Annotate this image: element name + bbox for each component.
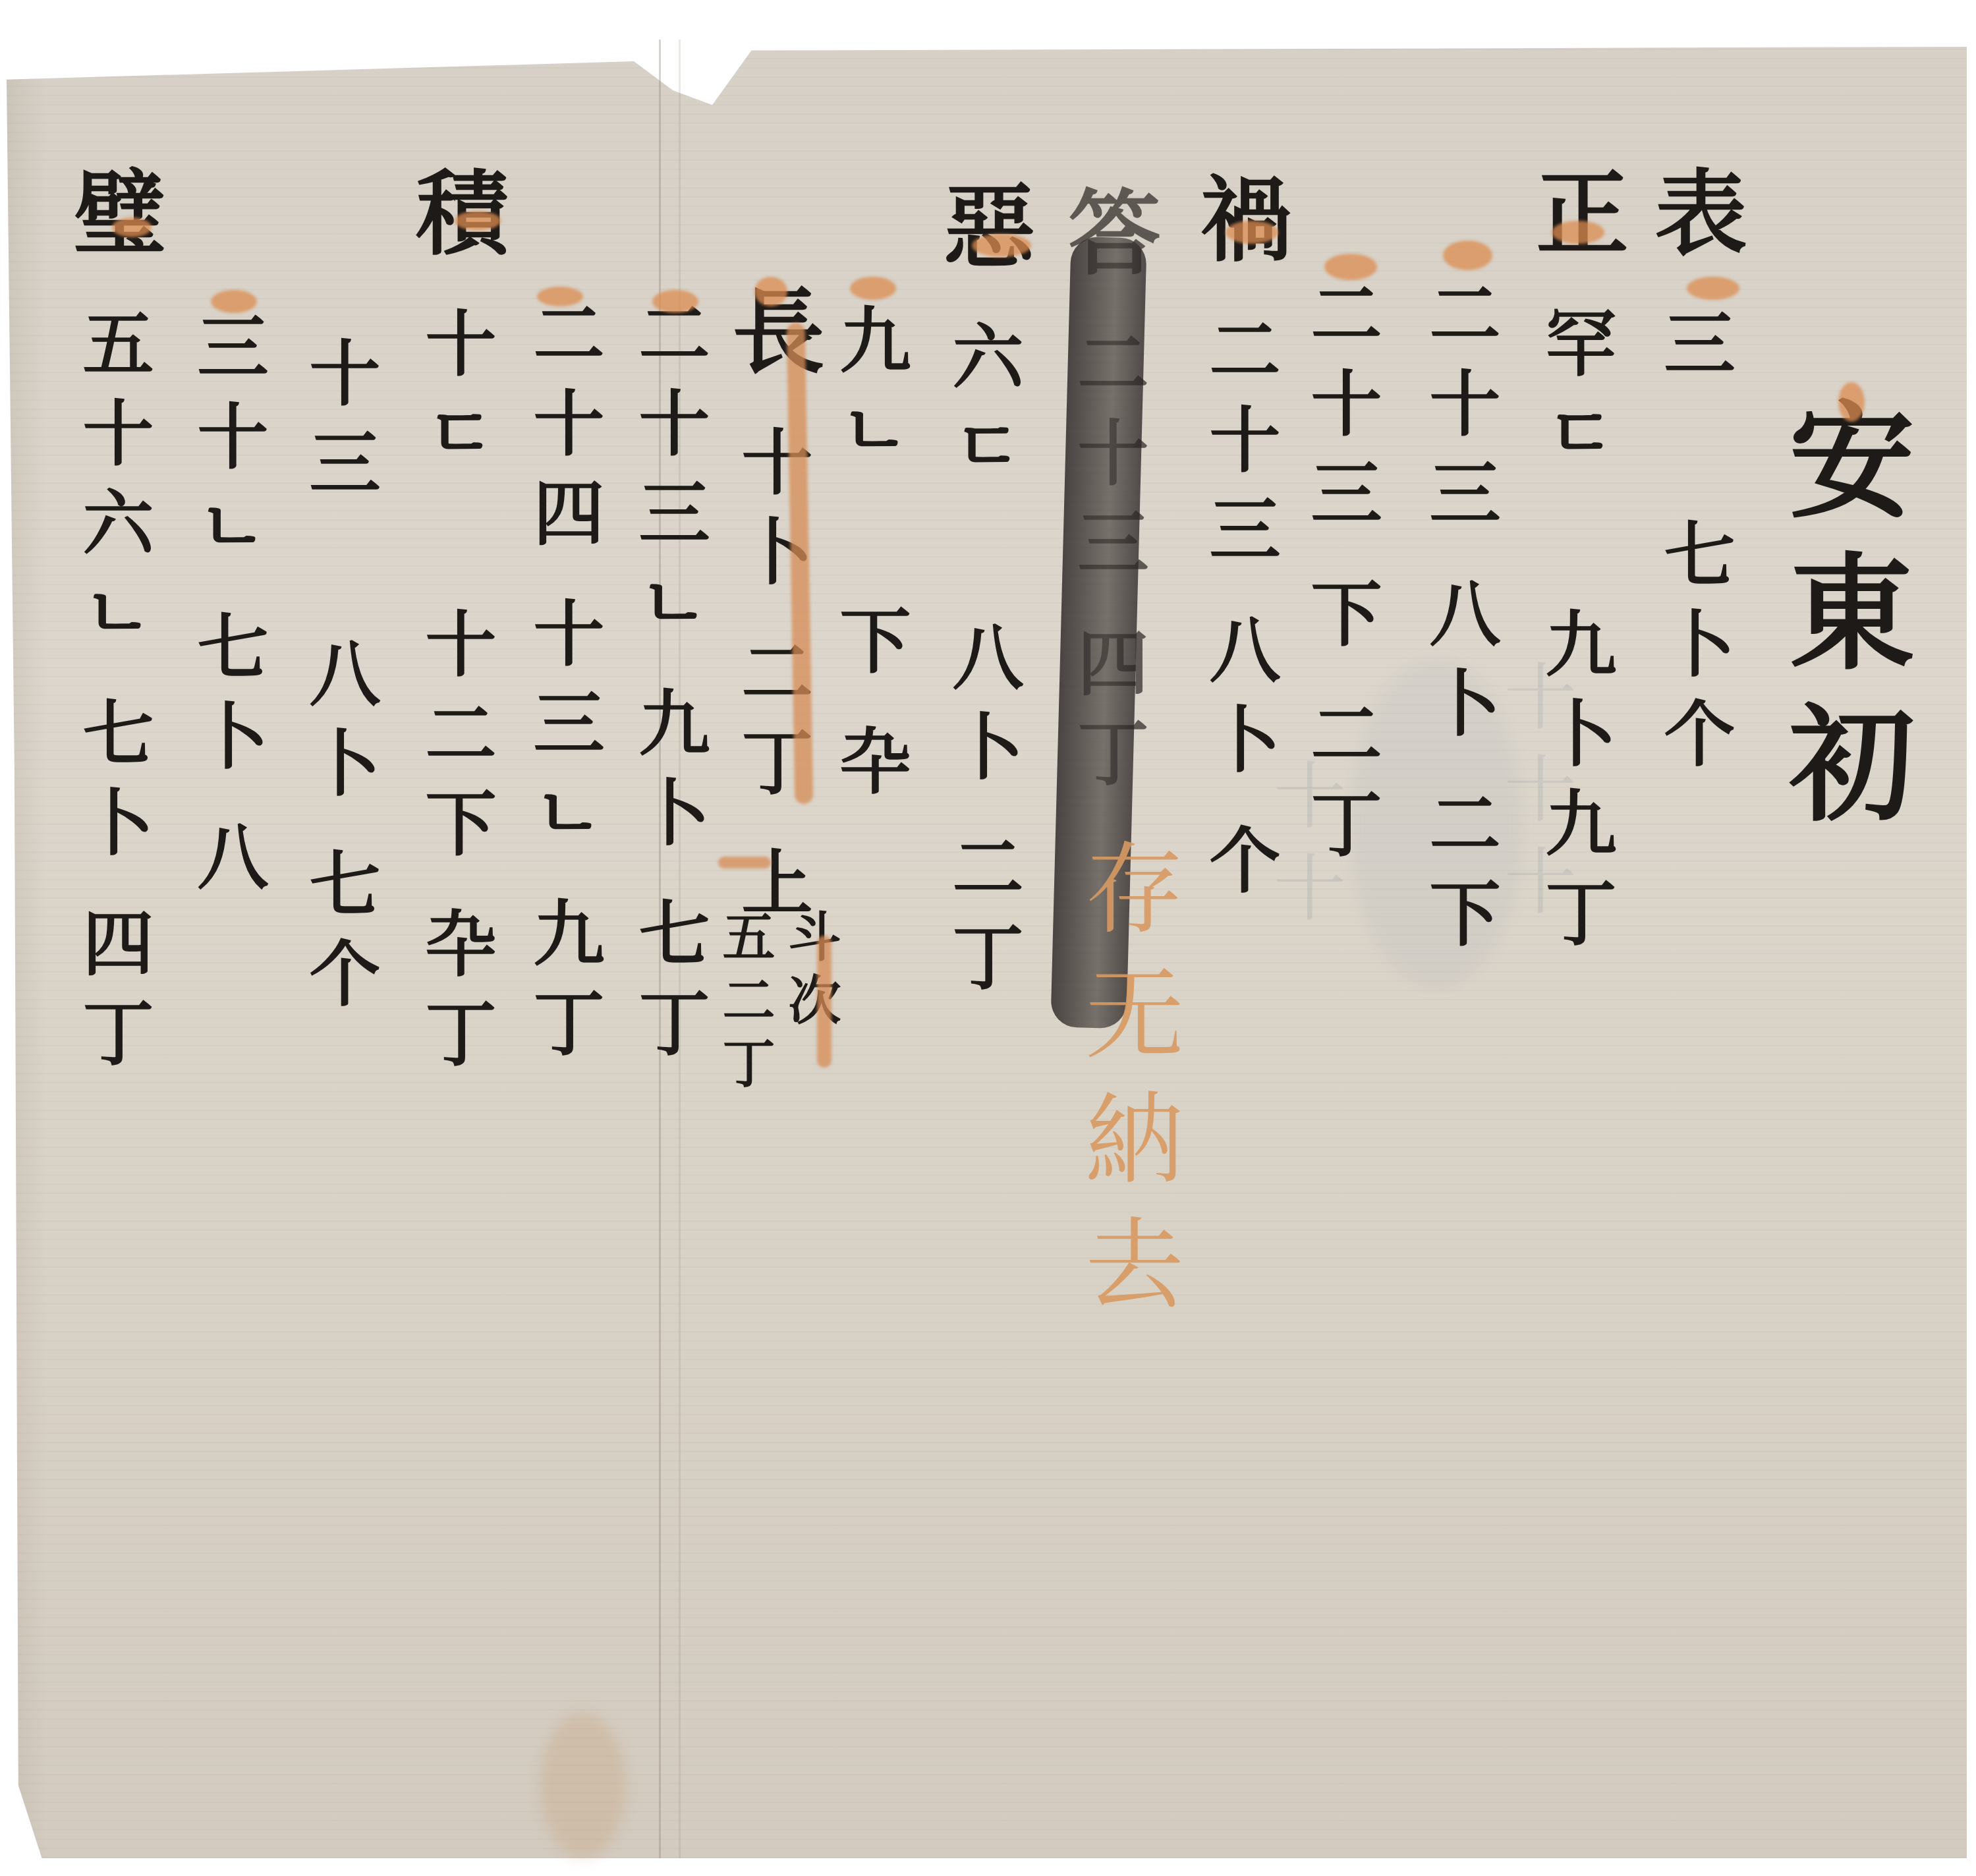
check-mark [1687,277,1739,300]
check-mark [850,277,896,300]
subcolumn-left: 五二丁 [718,909,771,1099]
entry-value: 二十三 [1305,277,1376,546]
check-mark [1443,241,1492,270]
entry-column: 二十三 八卜 二下 [1423,277,1494,966]
red-ink-annotation: 存无納去 [1054,837,1197,1338]
entry-value: 九卜九丁 [1539,607,1610,965]
entry-column: 正 罕ㄷ 九卜九丁 [1529,165,1621,965]
entry-column: 十三 八卜 七个 [303,336,374,1026]
entry-value: 卆 [833,724,905,814]
entry-value: 七卜个 [1658,517,1729,786]
entry-column: 禍 二十三 八卜 个 [1193,171,1285,913]
entry-value: 七卜 [191,610,262,789]
entry-value: 二十三ㄴ [633,297,704,655]
entry-value: 八卜 [1203,613,1274,792]
entry-value: 九丁 [527,896,598,1075]
check-mark [754,277,787,306]
entry-value: 三 [1658,306,1729,396]
entry-head: 正 [1529,165,1621,275]
entry-value: 二十三 [1423,277,1494,546]
check-mark [972,234,1031,257]
check-mark [1552,221,1604,244]
entry-column: 惡 六ㄷ 八卜 二丁 [936,178,1028,1009]
entry-value: 二丁 [946,830,1017,1009]
check-mark [1226,221,1278,244]
entry-column: 積 十ㄷ 十二下 卆丁 [409,165,501,1086]
entry-value: 三十ㄴ [191,310,262,579]
entry-value: 二十三 [1203,313,1274,582]
entry-value: 二丁 [1305,697,1376,876]
check-mark [1324,254,1377,280]
entry-value: 十三ㄴ [527,596,598,865]
entry-value: 十ㄷ [419,306,490,486]
water-stain [540,1713,626,1858]
title-column: 安東初 [1779,395,1904,850]
entry-column: 二十三 下 二丁 [1305,277,1376,876]
entry-value: 七丁 [633,896,704,1075]
entry-value: 八卜 [303,637,374,816]
entry-value: 下 [833,604,905,693]
entry-value: 十三 [303,336,374,515]
entry-column: 三十ㄴ 七卜 八 [191,310,262,909]
entry-value: 下 [1305,577,1376,666]
entry-value: 八卜 [946,620,1017,799]
entry-value: 卆丁 [419,907,490,1086]
entry-value: 七卜 [76,696,148,875]
entry-head: 惡 [936,178,1028,289]
entry-column: 二十四 十三ㄴ 九丁 [527,297,598,1075]
check-mark [211,290,257,313]
entry-value: 十二下 [419,607,490,876]
orange-margin-line [718,857,771,868]
check-mark [455,211,501,231]
entry-value: 个 [1203,823,1274,913]
document-title: 安東初 [1779,395,1904,850]
check-mark [537,287,583,306]
entry-head: 表 [1647,165,1739,275]
entry-value: 七个 [303,847,374,1026]
entry-value: 四丁 [76,906,148,1085]
entry-value: 六ㄷ [946,320,1017,499]
entry-value: 二下 [1423,787,1494,966]
check-mark [652,290,698,313]
entry-column: 璧 五十六ㄴ 七卜 四丁 [66,165,158,1085]
entry-value: 九卜 [633,686,704,865]
entry-value: 罕ㄷ [1539,306,1610,486]
entry-value: 八 [191,820,262,909]
orange-margin-line [817,936,832,1067]
entry-value: 五十六ㄴ [76,306,148,665]
entry-column: 表 三 七卜个 [1647,165,1739,786]
entry-value: 九ㄴ [833,303,905,482]
entry-column: 九ㄴ 下 卆 [833,303,905,814]
entry-value: 二十四 [527,297,598,565]
entry-value: 八卜 [1423,577,1494,756]
entry-column: 二十三ㄴ 九卜 七丁 [633,297,704,1075]
check-mark [112,217,152,237]
check-mark [1838,382,1865,422]
